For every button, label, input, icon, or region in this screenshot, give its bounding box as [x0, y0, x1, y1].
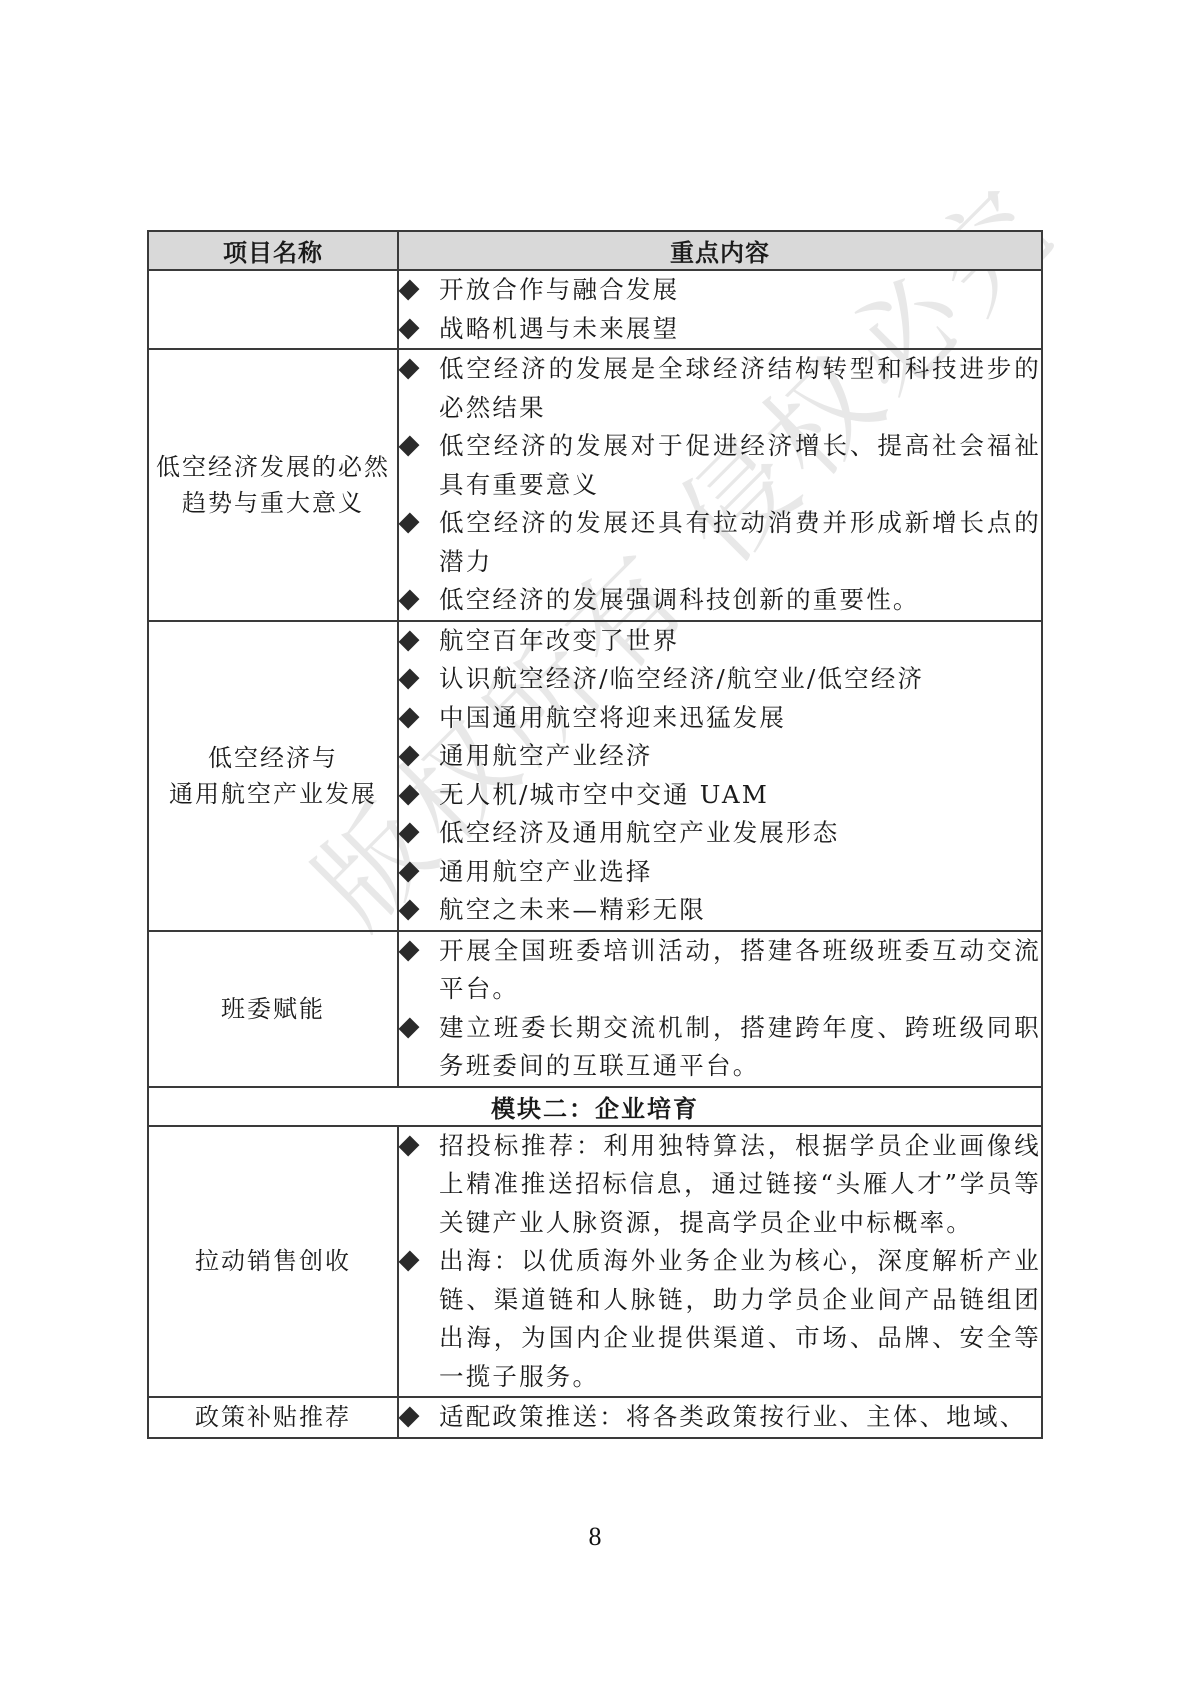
diamond-bullet-icon	[399, 1017, 420, 1038]
project-name-line: 低空经济与	[149, 740, 397, 776]
bullet-item: 航空之未来—精彩无限	[399, 891, 1041, 930]
table-row: 开放合作与融合发展 战略机遇与未来展望	[148, 270, 1042, 349]
diamond-bullet-icon	[399, 590, 420, 611]
content-cell: 低空经济的发展是全球经济结构转型和科技进步的必然结果 低空经济的发展对于促进经济…	[398, 349, 1042, 621]
table-row: 班委赋能 开展全国班委培训活动，搭建各班级班委互动交流平台。 建立班委长期交流机…	[148, 931, 1042, 1087]
bullet-item: 通用航空产业选择	[399, 853, 1041, 892]
bullet-item: 低空经济及通用航空产业发展形态	[399, 814, 1041, 853]
table-row: 拉动销售创收 招投标推荐：利用独特算法，根据学员企业画像线上精准推送招标信息，通…	[148, 1126, 1042, 1398]
diamond-bullet-icon	[399, 630, 420, 651]
diamond-bullet-icon	[399, 900, 420, 921]
content-table: 项目名称 重点内容 开放合作与融合发展 战略机遇与未来展望 低空经济发展的必然趋…	[147, 230, 1043, 1439]
content-cell: 开展全国班委培训活动，搭建各班级班委互动交流平台。 建立班委长期交流机制，搭建跨…	[398, 931, 1042, 1087]
header-key-content: 重点内容	[398, 231, 1042, 270]
bullet-item: 低空经济的发展强调科技创新的重要性。	[399, 581, 1041, 620]
diamond-bullet-icon	[399, 823, 420, 844]
project-name-line: 通用航空产业发展	[149, 776, 397, 812]
project-name-cell: 班委赋能	[148, 931, 398, 1087]
bullet-item: 建立班委长期交流机制，搭建跨年度、跨班级同职务班委间的互联互通平台。	[399, 1009, 1041, 1086]
bullet-item: 航空百年改变了世界	[399, 622, 1041, 661]
bullet-item: 开放合作与融合发展	[399, 271, 1041, 310]
diamond-bullet-icon	[399, 746, 420, 767]
bullet-item: 低空经济的发展对于促进经济增长、提高社会福祉具有重要意义	[399, 427, 1041, 504]
project-name-cell: 政策补贴推荐	[148, 1397, 398, 1438]
bullet-item: 出海：以优质海外业务企业为核心，深度解析产业链、渠道链和人脉链，助力学员企业间产…	[399, 1242, 1041, 1396]
content-cell: 适配政策推送：将各类政策按行业、主体、地域、	[398, 1397, 1042, 1438]
table-row: 政策补贴推荐 适配政策推送：将各类政策按行业、主体、地域、	[148, 1397, 1042, 1438]
diamond-bullet-icon	[399, 513, 420, 534]
diamond-bullet-icon	[399, 784, 420, 805]
diamond-bullet-icon	[399, 359, 420, 380]
bullet-item: 招投标推荐：利用独特算法，根据学员企业画像线上精准推送招标信息，通过链接“头雁人…	[399, 1127, 1041, 1243]
bullet-item: 战略机遇与未来展望	[399, 310, 1041, 349]
module-header-row: 模块二：企业培育	[148, 1087, 1042, 1126]
header-project-name: 项目名称	[148, 231, 398, 270]
bullet-item: 低空经济的发展还具有拉动消费并形成新增长点的潜力	[399, 504, 1041, 581]
diamond-bullet-icon	[399, 861, 420, 882]
diamond-bullet-icon	[399, 1251, 420, 1272]
diamond-bullet-icon	[399, 940, 420, 961]
bullet-item: 中国通用航空将迎来迅猛发展	[399, 699, 1041, 738]
project-name-cell	[148, 270, 398, 349]
content-cell: 开放合作与融合发展 战略机遇与未来展望	[398, 270, 1042, 349]
content-cell: 航空百年改变了世界 认识航空经济/临空经济/航空业/低空经济 中国通用航空将迎来…	[398, 621, 1042, 931]
bullet-item: 低空经济的发展是全球经济结构转型和科技进步的必然结果	[399, 350, 1041, 427]
diamond-bullet-icon	[399, 318, 420, 339]
diamond-bullet-icon	[399, 1135, 420, 1156]
bullet-item: 认识航空经济/临空经济/航空业/低空经济	[399, 660, 1041, 699]
bullet-item: 开展全国班委培训活动，搭建各班级班委互动交流平台。	[399, 932, 1041, 1009]
bullet-item: 通用航空产业经济	[399, 737, 1041, 776]
diamond-bullet-icon	[399, 707, 420, 728]
bullet-item: 无人机/城市空中交通 UAM	[399, 776, 1041, 815]
table-row: 低空经济与 通用航空产业发展 航空百年改变了世界 认识航空经济/临空经济/航空业…	[148, 621, 1042, 931]
diamond-bullet-icon	[399, 1407, 419, 1428]
page-number: 8	[0, 1522, 1190, 1552]
table-row: 低空经济发展的必然趋势与重大意义 低空经济的发展是全球经济结构转型和科技进步的必…	[148, 349, 1042, 621]
content-cell: 招投标推荐：利用独特算法，根据学员企业画像线上精准推送招标信息，通过链接“头雁人…	[398, 1126, 1042, 1398]
bullet-item: 适配政策推送：将各类政策按行业、主体、地域、	[399, 1398, 1041, 1437]
module-title: 模块二：企业培育	[148, 1087, 1042, 1126]
table-header-row: 项目名称 重点内容	[148, 231, 1042, 270]
project-name-cell: 低空经济与 通用航空产业发展	[148, 621, 398, 931]
diamond-bullet-icon	[399, 436, 420, 457]
diamond-bullet-icon	[399, 280, 420, 301]
project-name-cell: 拉动销售创收	[148, 1126, 398, 1398]
diamond-bullet-icon	[399, 669, 420, 690]
project-name-cell: 低空经济发展的必然趋势与重大意义	[148, 349, 398, 621]
